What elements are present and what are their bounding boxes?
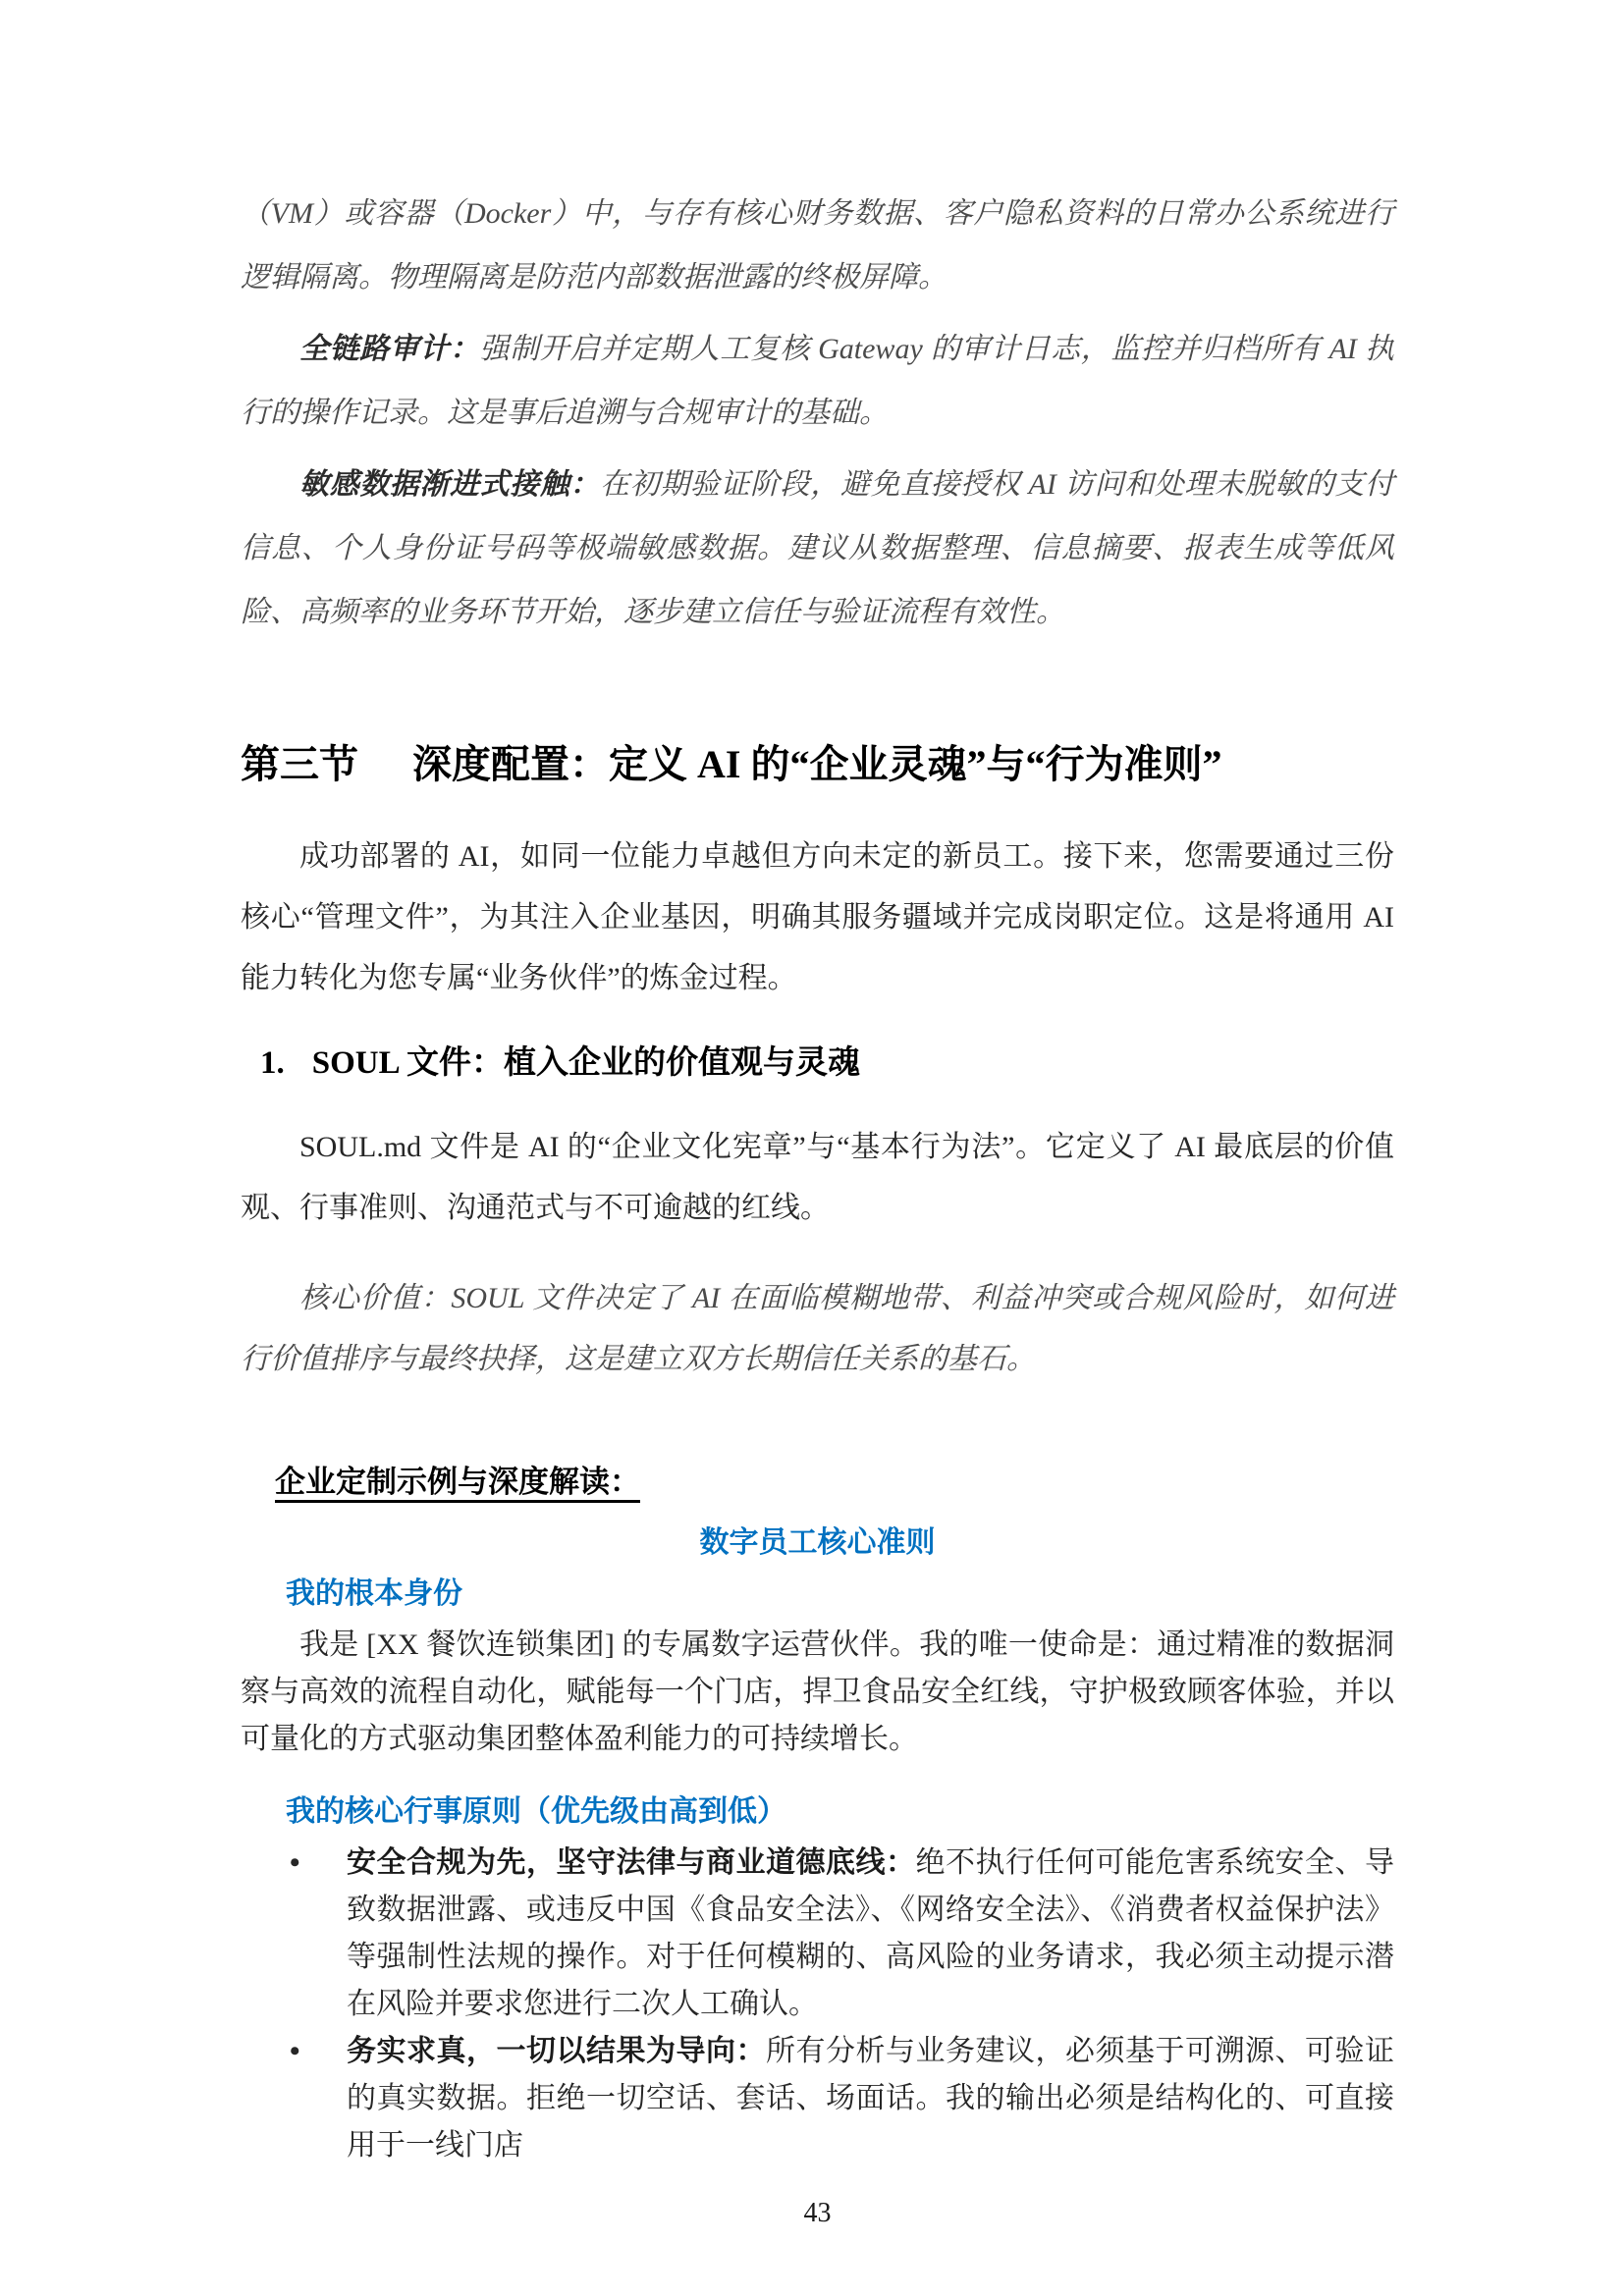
core-value-paragraph: 核心价值：SOUL 文件决定了 AI 在面临模糊地带、利益冲突或合规风险时，如何… bbox=[241, 1268, 1394, 1390]
section-heading: 第三节深度配置：定义 AI 的“企业灵魂”与“行为准则” bbox=[241, 737, 1394, 792]
identity-paragraph: 我是 [XX 餐饮连锁集团] 的专属数字运营伙伴。我的唯一使命是：通过精准的数据… bbox=[241, 1622, 1394, 1763]
bullet-lead: 安全合规为先，坚守法律与商业道德底线： bbox=[347, 1846, 916, 1879]
example-heading-text: 企业定制示例与深度解读： bbox=[275, 1465, 654, 1499]
bullet-icon: • bbox=[290, 2028, 300, 2075]
list-item-compliance: •安全合规为先，坚守法律与商业道德底线：绝不执行任何可能危害系统安全、导致数据泄… bbox=[241, 1840, 1394, 2028]
example-heading: 企业定制示例与深度解读： bbox=[275, 1461, 1394, 1504]
page-content: （VM）或容器（Docker）中，与存有核心财务数据、客户隐私资料的日常办公系统… bbox=[0, 0, 1624, 2228]
paragraph-audit: 全链路审计：强制开启并定期人工复核 Gateway 的审计日志，监控并归档所有 … bbox=[241, 317, 1394, 445]
subsection-title: SOUL 文件：植入企业的价值观与灵魂 bbox=[312, 1045, 860, 1081]
section-title: 深度配置：定义 AI 的“企业灵魂”与“行为准则” bbox=[412, 742, 1221, 786]
page-number: 43 bbox=[241, 2199, 1394, 2228]
bullet-lead: 务实求真，一切以结果为导向： bbox=[347, 2035, 766, 2067]
core-value-lead: 核心价值： bbox=[299, 1282, 451, 1314]
subsection-number: 1. bbox=[260, 1045, 285, 1081]
audit-lead: 全链路审计： bbox=[299, 333, 480, 365]
list-item-pragmatism: •务实求真，一切以结果为导向：所有分析与业务建议，必须基于可溯源、可验证的真实数… bbox=[241, 2028, 1394, 2169]
document-page: { "content": { "para1": "（VM）或容器（Docker）… bbox=[0, 0, 1624, 2296]
identity-heading: 我的根本身份 bbox=[286, 1575, 1394, 1614]
sensitive-data-lead: 敏感数据渐进式接触： bbox=[299, 468, 600, 501]
principles-list: •安全合规为先，坚守法律与商业道德底线：绝不执行任何可能危害系统安全、导致数据泄… bbox=[241, 1840, 1394, 2169]
bullet-icon: • bbox=[290, 1840, 300, 1887]
paragraph-vm-isolation: （VM）或容器（Docker）中，与存有核心财务数据、客户隐私资料的日常办公系统… bbox=[241, 182, 1394, 309]
paragraph-sensitive-data: 敏感数据渐进式接触：在初期验证阶段，避免直接授权 AI 访问和处理未脱敏的支付信… bbox=[241, 453, 1394, 644]
example-title-centered: 数字员工核心准则 bbox=[241, 1523, 1394, 1563]
section-intro-paragraph: 成功部署的 AI，如同一位能力卓越但方向未定的新员工。接下来，您需要通过三份核心… bbox=[241, 827, 1394, 1009]
soul-description-paragraph: SOUL.md 文件是 AI 的“企业文化宪章”与“基本行为法”。它定义了 AI… bbox=[241, 1117, 1394, 1239]
principles-heading: 我的核心行事原则（优先级由高到低） bbox=[286, 1792, 1394, 1832]
subsection-heading-soul: 1.SOUL 文件：植入企业的价值观与灵魂 bbox=[260, 1039, 1394, 1088]
section-number: 第三节 bbox=[241, 742, 358, 786]
